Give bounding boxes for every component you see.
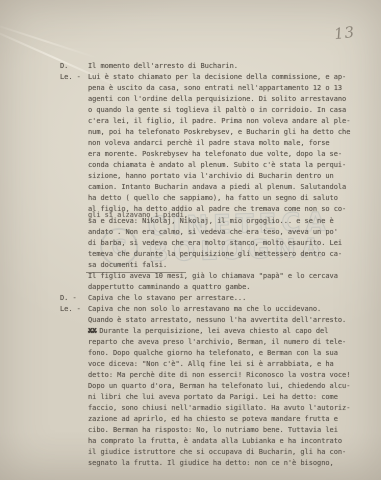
line-text: agenti con l'ordine della perquisizione.… [88, 95, 346, 103]
line-text: pena è uscito da casa, sono entrati nell… [88, 84, 342, 92]
line-text: faccio, sono chiusi nell'armadio sigilla… [88, 404, 350, 412]
line-text: gli si alzavano i piedi, [88, 210, 188, 221]
document-line: sa documenti falsi. [60, 260, 360, 271]
document-line: pena è uscito da casa, sono entrati nell… [60, 83, 360, 94]
document-line: il giudice istruttore che si occupava di… [60, 447, 360, 458]
document-line: ni libri che lui aveva portato da Parigi… [60, 392, 360, 403]
line-text: Quando è stato arrestato, nessuno l'ha a… [88, 316, 346, 324]
document-line: D.Il momento dell'arresto di Bucharin. [60, 61, 360, 72]
line-text: cibo. Berman ha risposto: No, lo nutriam… [88, 426, 338, 434]
speaker-marker: Le. - [60, 304, 81, 315]
document-line: cibo. Berman ha risposto: No, lo nutriam… [60, 425, 360, 436]
document-line: Le. -Capiva che non solo lo arrestavano … [60, 304, 360, 315]
line-text: ni libri che lui aveva portato da Parigi… [88, 393, 338, 401]
document-line: XXDurante la perquisizione, lei aveva ch… [60, 326, 360, 337]
document-line: o quando la gente si toglieva il paltò o… [60, 105, 360, 116]
line-text: ha detto ( quello che sappiamo), ha fatt… [88, 194, 338, 202]
line-text: camion. Intanto Bucharin andava a piedi … [88, 183, 346, 191]
inserted-correction-line: gli si alzavano i piedi, [60, 215, 360, 216]
line-text: andato . Non era calmo, si vedeva che er… [88, 228, 338, 236]
document-line: faccio, sono chiusi nell'armadio sigilla… [60, 403, 360, 414]
document-line: segnato la frutta. Il giudice ha detto: … [60, 458, 360, 469]
line-text: temeva che durante la perquisizione gli … [88, 250, 342, 258]
line-text: Il figlio aveva 10 mesi, già lo chiamava… [88, 272, 338, 280]
handwritten-page-number: 13 [333, 23, 356, 43]
document-line: voce diceva: "Non c'è". Allq fine lei si… [60, 359, 360, 370]
line-text: non voleva andarci perchè il padre stava… [88, 139, 330, 147]
document-line: ha comprato la frutta, è andata alla Lub… [60, 436, 360, 447]
document-line: andato . Non era calmo, si vedeva che er… [60, 227, 360, 238]
document-line: camion. Intanto Bucharin andava a piedi … [60, 182, 360, 193]
document-line: fono. Dopo qualche giorno ha telefonato,… [60, 348, 360, 359]
document-line: Dopo un quarto d'ora, Berman ha telefona… [60, 381, 360, 392]
line-text: c'era lei, il figlio, il padre. Prima no… [88, 117, 350, 125]
line-text: detto: Ma perchè dite di non esserci! Ri… [88, 371, 350, 379]
document-line: D. -Capiva che lo stavano per arrestare.… [60, 293, 360, 304]
line-text: voce diceva: "Non c'è". Allq fine lei si… [88, 360, 334, 368]
line-text: il giudice istruttore che si occupava di… [88, 448, 346, 456]
document-line: Le. -Lui è stato chiamato per la decisio… [60, 72, 360, 83]
document-line: di barba, si vedeva che era molto stanco… [60, 238, 360, 249]
line-text: dappertutto camminando a quattro gambe. [88, 283, 250, 291]
document-line: reparto che aveva preso l'archivio, Berm… [60, 337, 360, 348]
line-text: era morente. Poskrebysev ha telefonato d… [88, 150, 342, 158]
line-text: Dopo un quarto d'ora, Berman ha telefona… [88, 382, 350, 390]
document-line: non voleva andarci perchè il padre stava… [60, 138, 360, 149]
line-text: Capiva che lo stavano per arrestare... [88, 294, 246, 302]
line-text: Lui è stato chiamato per la decisione de… [88, 73, 346, 81]
document-line: sizione, hanno portato via l'archivio di… [60, 171, 360, 182]
line-text: Capiva che non solo lo arrestavano ma ch… [88, 305, 321, 313]
line-text: zazione ad aprirlo, ed ha chiesto se pot… [88, 415, 338, 423]
line-text: o quando la gente si toglieva il paltò o… [88, 106, 346, 114]
line-text: num, poi ha telefonato Poskrebysev, e Bu… [88, 128, 350, 136]
line-text: sizione, hanno portato via l'archivio di… [88, 172, 334, 180]
line-text: reparto che aveva preso l'archivio, Berm… [88, 338, 346, 346]
line-text: conda chiamata è andato al plenum. Subit… [88, 161, 346, 169]
line-text: Il momento dell'arresto di Bucharin. [88, 62, 238, 70]
line-text: ha comprato la frutta, è andata alla Lub… [88, 437, 342, 445]
document-line: num, poi ha telefonato Poskrebysev, e Bu… [60, 127, 360, 138]
document-line: Quando è stato arrestato, nessuno l'ha a… [60, 315, 360, 326]
speaker-marker: D. - [60, 293, 77, 304]
speaker-marker: Le. - [60, 72, 81, 83]
document-line: dappertutto camminando a quattro gambe. [60, 282, 360, 293]
line-text: fono. Dopo qualche giorno ha telefonato,… [88, 349, 338, 357]
document-line: temeva che durante la perquisizione gli … [60, 249, 360, 260]
document-line: agenti con l'ordine della perquisizione.… [60, 94, 360, 105]
line-text: segnato la frutta. Il giudice ha detto: … [88, 459, 334, 467]
document-line: detto: Ma perchè dite di non esserci! Ri… [60, 370, 360, 381]
line-text: sa documenti falsi. [88, 261, 167, 269]
document-line: Il figlio aveva 10 mesi, già lo chiamava… [60, 271, 360, 282]
overstrike-mark: XX [88, 327, 96, 335]
document-line: zazione ad aprirlo, ed ha chiesto se pot… [60, 414, 360, 425]
document-line: c'era lei, il figlio, il padre. Prima no… [60, 116, 360, 127]
document-line: conda chiamata è andato al plenum. Subit… [60, 160, 360, 171]
typewritten-text-block: D.Il momento dell'arresto di Bucharin.Le… [60, 61, 360, 469]
line-text: di barba, si vedeva che era molto stanco… [88, 239, 342, 247]
document-line: era morente. Poskrebysev ha telefonato d… [60, 149, 360, 160]
speaker-marker: D. [60, 61, 68, 72]
document-line: ha detto ( quello che sappiamo), ha fatt… [60, 193, 360, 204]
line-text: Durante la perquisizione, lei aveva chie… [99, 327, 328, 335]
